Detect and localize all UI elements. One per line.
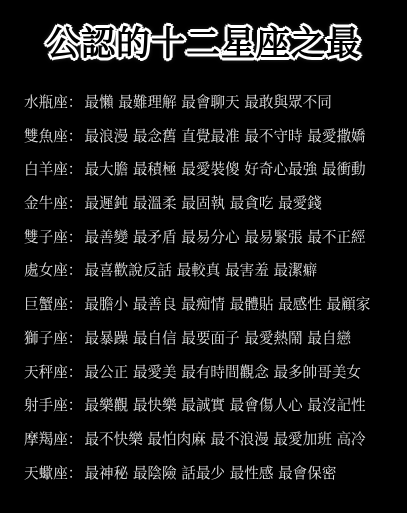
colon: ： [68, 128, 83, 145]
traits-text: 最樂觀 最快樂 最誠實 最會傷人心 最沒記性 [84, 397, 365, 414]
colon: ： [68, 161, 83, 178]
traits-text: 最不快樂 最怕肉麻 最不浪漫 最愛加班 高冷 [84, 431, 365, 448]
sign-label: 白羊座 [24, 161, 68, 178]
traits-text: 最暴躁 最自信 最要面子 最愛熱鬧 最自戀 [84, 330, 351, 347]
colon: ： [68, 229, 83, 246]
colon: ： [68, 296, 83, 313]
zodiac-row-leo: 獅子座：最暴躁 最自信 最要面子 最愛熱鬧 最自戀 [24, 322, 404, 356]
traits-text: 最遲鈍 最溫柔 最固執 最貪吃 最愛錢 [84, 195, 321, 212]
colon: ： [68, 195, 83, 212]
colon: ： [68, 364, 83, 381]
colon: ： [68, 262, 83, 279]
traits-text: 最喜歡說反話 最較真 最害羞 最潔癖 [84, 262, 317, 279]
sign-label: 射手座 [24, 397, 68, 414]
sign-label: 天蠍座 [24, 465, 68, 482]
zodiac-row-sagittarius: 射手座：最樂觀 最快樂 最誠實 最會傷人心 最沒記性 [24, 389, 404, 423]
colon: ： [68, 397, 83, 414]
zodiac-row-capricorn: 摩羯座：最不快樂 最怕肉麻 最不浪漫 最愛加班 高冷 [24, 423, 404, 457]
zodiac-row-aries: 白羊座：最大膽 最積極 最愛裝傻 好奇心最強 最衝動 [24, 153, 404, 187]
zodiac-row-aquarius: 水瓶座：最懶 最難理解 最會聊天 最敢與眾不同 [24, 86, 404, 120]
zodiac-row-taurus: 金牛座：最遲鈍 最溫柔 最固執 最貪吃 最愛錢 [24, 187, 404, 221]
sign-label: 雙魚座 [24, 128, 68, 145]
traits-text: 最善變 最矛盾 最易分心 最易緊張 最不正經 [84, 229, 365, 246]
traits-text: 最公正 最愛美 最有時間觀念 最多帥哥美女 [84, 364, 361, 381]
zodiac-row-scorpio: 天蠍座：最神秘 最陰險 話最少 最性感 最會保密 [24, 457, 404, 491]
traits-text: 最懶 最難理解 最會聊天 最敢與眾不同 [84, 94, 331, 111]
zodiac-row-gemini: 雙子座：最善變 最矛盾 最易分心 最易緊張 最不正經 [24, 221, 404, 255]
traits-text: 最大膽 最積極 最愛裝傻 好奇心最強 最衝動 [84, 161, 365, 178]
zodiac-row-libra: 天秤座：最公正 最愛美 最有時間觀念 最多帥哥美女 [24, 356, 404, 390]
colon: ： [68, 94, 83, 111]
sign-label: 處女座 [24, 262, 68, 279]
traits-text: 最神秘 最陰險 話最少 最性感 最會保密 [84, 465, 336, 482]
sign-label: 天秤座 [24, 364, 68, 381]
zodiac-row-virgo: 處女座：最喜歡說反話 最較真 最害羞 最潔癖 [24, 254, 404, 288]
colon: ： [68, 431, 83, 448]
sign-label: 雙子座 [24, 229, 68, 246]
zodiac-row-pisces: 雙魚座：最浪漫 最念舊 直覺最准 最不守時 最愛撒嬌 [24, 120, 404, 154]
sign-label: 水瓶座 [24, 94, 68, 111]
sign-label: 巨蟹座 [24, 296, 68, 313]
sign-label: 獅子座 [24, 330, 68, 347]
sign-label: 金牛座 [24, 195, 68, 212]
sign-label: 摩羯座 [24, 431, 68, 448]
colon: ： [68, 465, 83, 482]
zodiac-row-cancer: 巨蟹座：最膽小 最善良 最痴情 最體貼 最感性 最顧家 [24, 288, 404, 322]
colon: ： [68, 330, 83, 347]
traits-text: 最浪漫 最念舊 直覺最准 最不守時 最愛撒嬌 [84, 128, 365, 145]
traits-text: 最膽小 最善良 最痴情 最體貼 最感性 最顧家 [84, 296, 370, 313]
zodiac-list: 水瓶座：最懶 最難理解 最會聊天 最敢與眾不同 雙魚座：最浪漫 最念舊 直覺最准… [24, 86, 404, 490]
page-title: 公認的十二星座之最 [0, 22, 407, 66]
